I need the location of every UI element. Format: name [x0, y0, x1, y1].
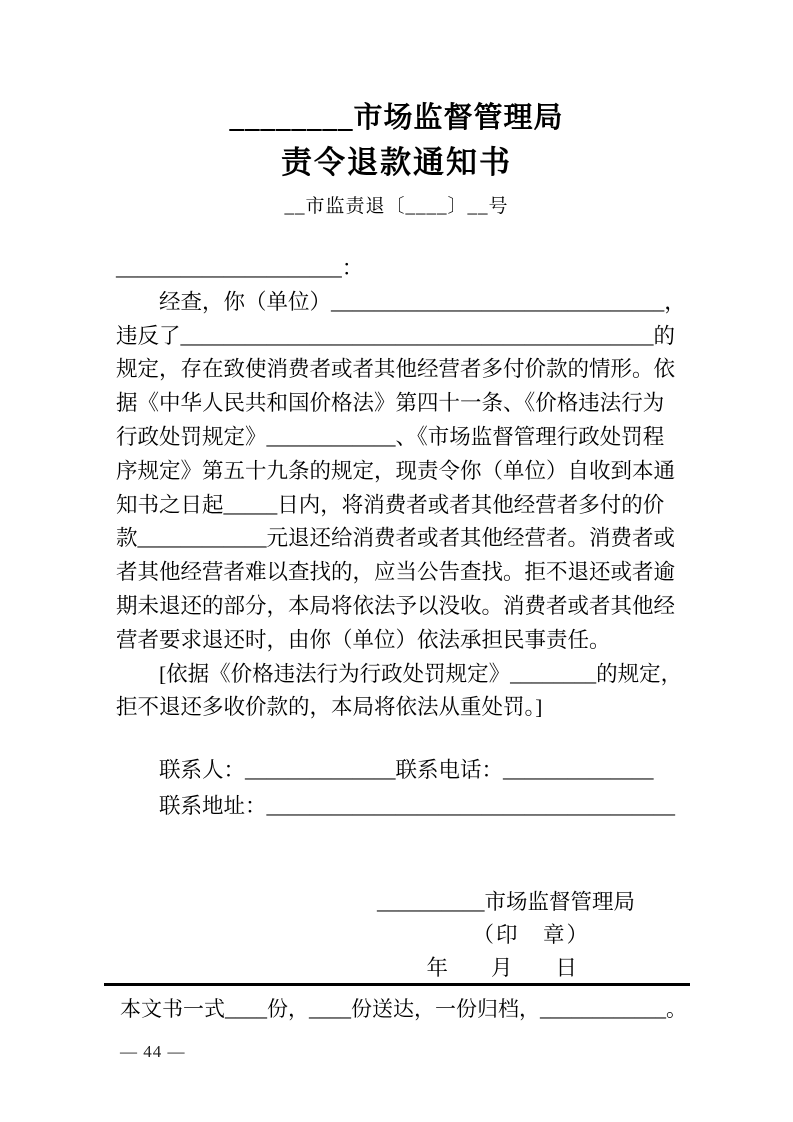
body-line: 营者要求退还时，由你（单位）依法承担民事责任。 [116, 624, 678, 658]
body-line: 知书之日起_____日内，将消费者或者其他经营者多付的价 [116, 489, 678, 523]
document-body: _____________________： 经查，你（单位）_________… [116, 252, 678, 725]
agency-name-blank: ________ [229, 102, 353, 134]
signature-agency-line: __________市场监督管理局 [116, 886, 676, 919]
signature-block: __________市场监督管理局 （印 章） 年 月 日 [116, 886, 676, 985]
body-line: 序规定》第五十九条的规定，现责令你（单位）自收到本通 [116, 455, 678, 489]
body-line: 违反了_____________________________________… [116, 320, 678, 354]
document-title: 责令退款通知书 [0, 140, 793, 186]
bracketed-clause-line: 拒不退还多收价款的，本局将依法从重处罚。] [116, 691, 678, 725]
body-line: 期未退还的部分，本局将依法予以没收。消费者或者其他经 [116, 590, 678, 624]
body-line: 经查，你（单位）_______________________________， [116, 286, 678, 320]
agency-title-line: ________市场监督管理局 [0, 96, 793, 140]
document-header: ________市场监督管理局 责令退款通知书 __市监责退〔____〕__号 [0, 96, 793, 224]
body-line: 者其他经营者难以查找的，应当公告查找。拒不退还或者逾 [116, 556, 678, 590]
copies-footnote: 本文书一式____份，____份送达，一份归档，____________。 [120, 992, 687, 1026]
bracketed-clause-line: [依据《价格违法行为行政处罚规定》________的规定， [116, 658, 678, 692]
signature-date-line: 年 月 日 [116, 952, 676, 985]
body-line: 据《中华人民共和国价格法》第四十一条、《价格违法行为 [116, 387, 678, 421]
document-page: ________市场监督管理局 责令退款通知书 __市监责退〔____〕__号 … [0, 0, 793, 1122]
body-line: 行政处罚规定》____________、《市场监督管理行政处罚程 [116, 421, 678, 455]
body-line: 款____________元退还给消费者或者其他经营者。消费者或 [116, 522, 678, 556]
seal-placeholder: （印 章） [116, 919, 676, 952]
body-line: 规定，存在致使消费者或者其他经营者多付价款的情形。依 [116, 353, 678, 387]
contact-address-line: 联系地址：___________________________________… [116, 788, 682, 824]
contact-person-phone-line: 联系人：______________联系电话：______________ [116, 752, 682, 788]
footer-divider-rule [104, 983, 690, 986]
agency-name-suffix: 市场监督管理局 [353, 102, 563, 134]
contact-section: 联系人：______________联系电话：______________ 联系… [116, 752, 682, 824]
document-number: __市监责退〔____〕__号 [0, 190, 793, 224]
addressee-blank-line: _____________________： [116, 252, 678, 286]
page-number: — 44 — [120, 1042, 186, 1062]
